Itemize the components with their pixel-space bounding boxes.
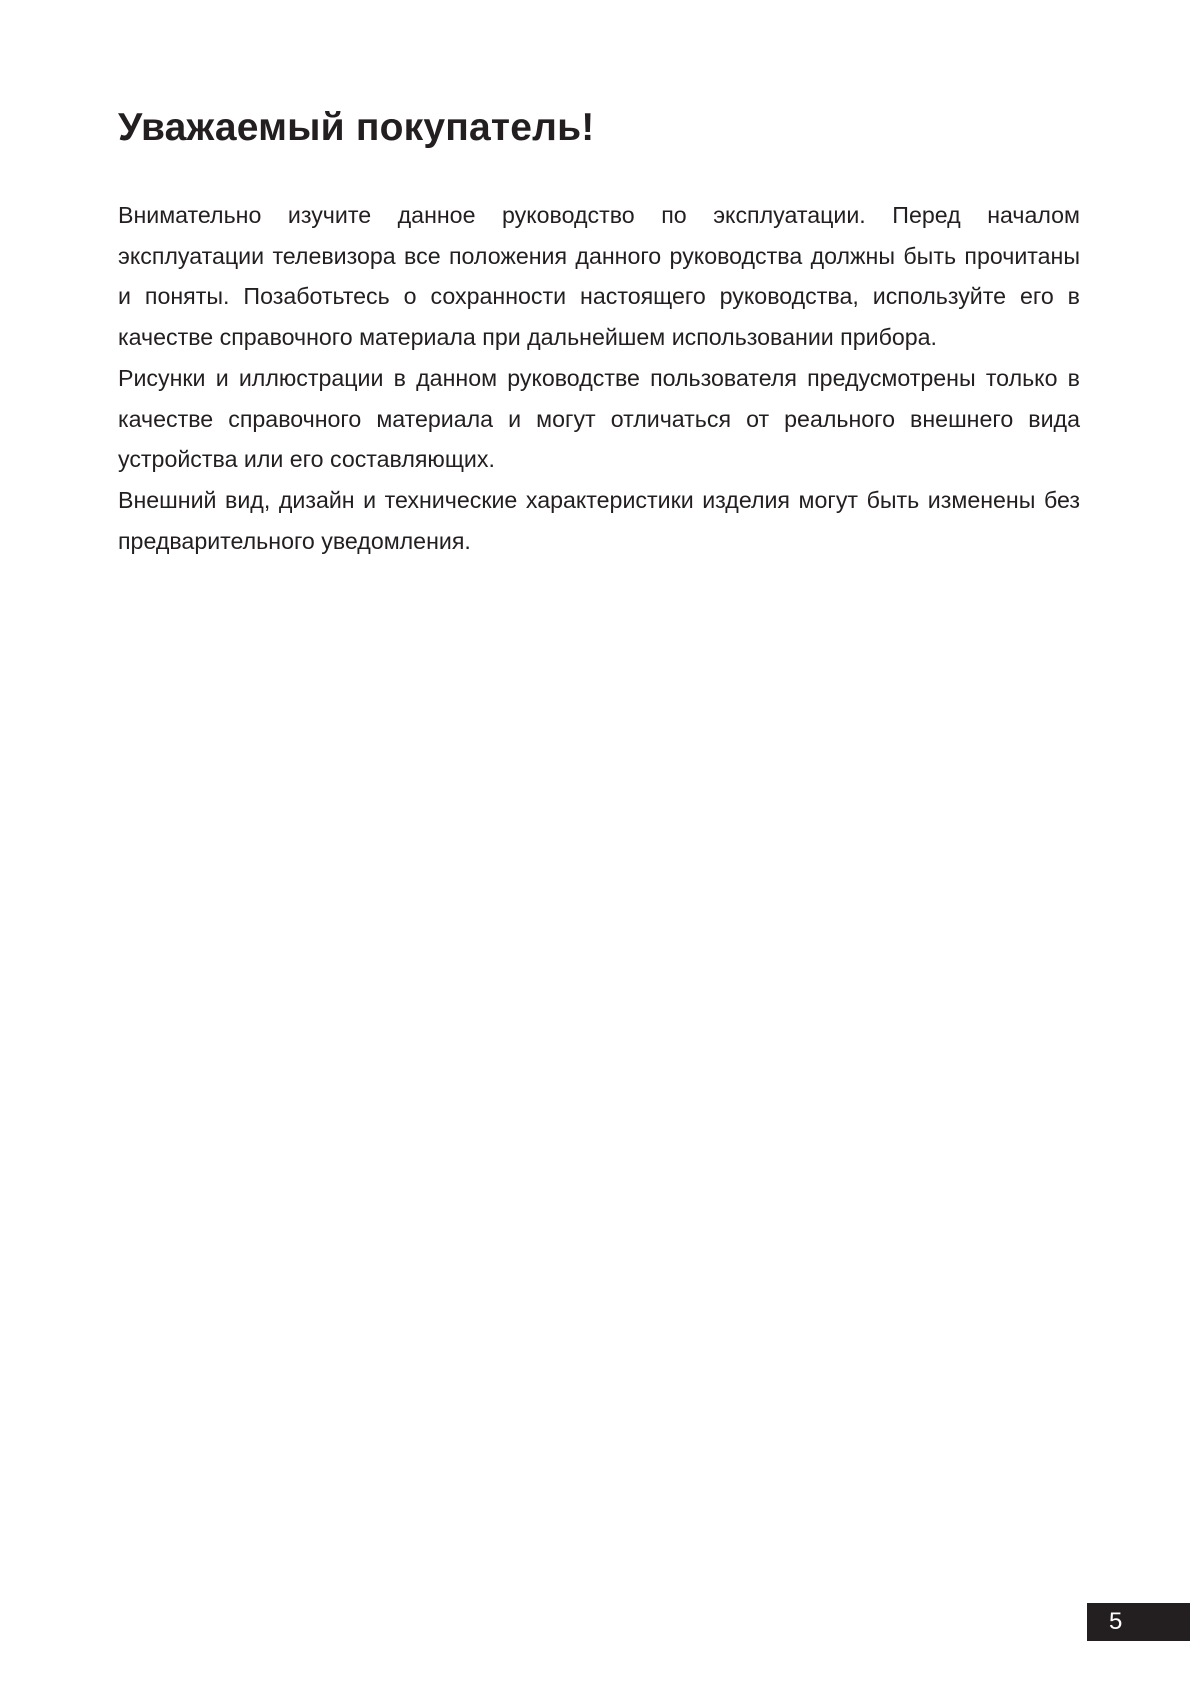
page-number-label: 5 (1109, 1608, 1122, 1635)
paragraph-reading-instructions: Внимательно изучите данное руководство п… (118, 195, 1080, 358)
body-text: Внимательно изучите данное руководство п… (118, 195, 1080, 561)
paragraph-illustrations-disclaimer: Рисунки и иллюстрации в данном руководст… (118, 358, 1080, 480)
paragraph-changes-notice: Внешний вид, дизайн и технические характ… (118, 480, 1080, 561)
page-title: Уважаемый покупатель! (118, 100, 594, 156)
page-number: 5 (1087, 1603, 1190, 1641)
